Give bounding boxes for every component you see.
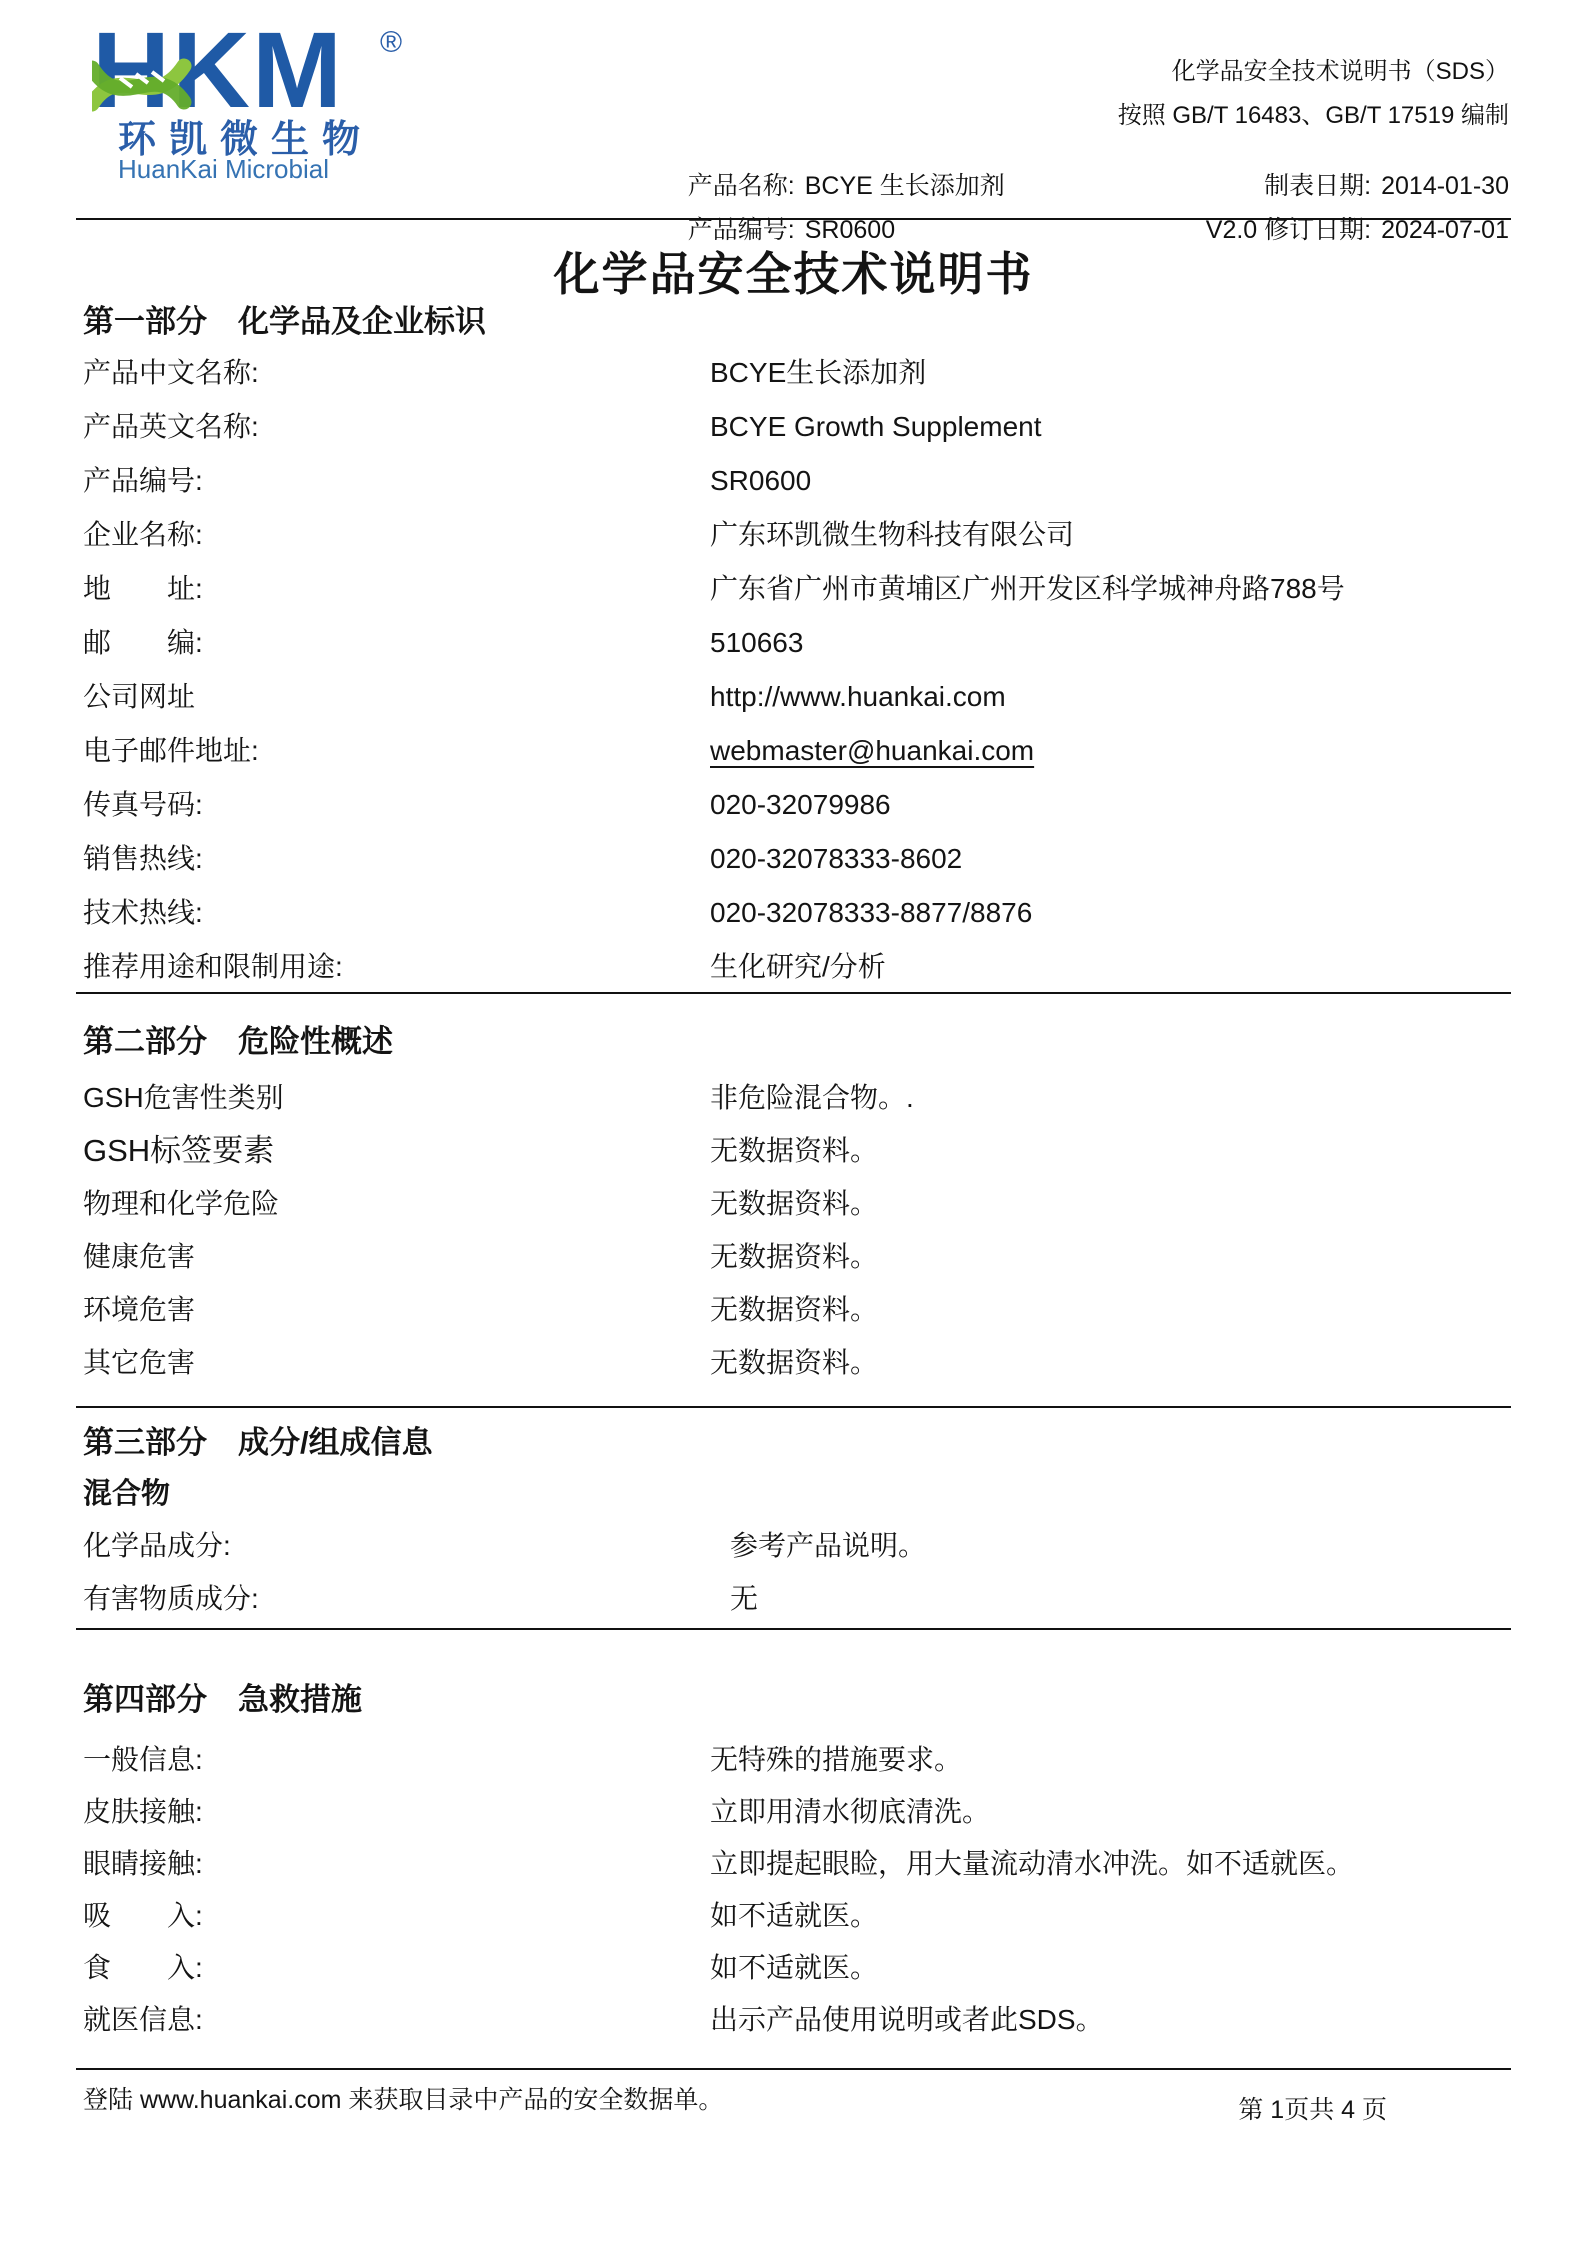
field-row: 一般信息:无特殊的措施要求。 — [83, 1734, 1509, 1786]
field-label: 皮肤接触: — [83, 1786, 203, 1838]
field-label: 健康危害 — [83, 1230, 195, 1283]
field-label: 销售热线: — [83, 832, 203, 886]
document-title: 化学品安全技术说明书 — [0, 238, 1587, 304]
field-row: 地 址:广东省广州市黄埔区广州开发区科学城神舟路788号 — [83, 562, 1509, 616]
field-value: 无特殊的措施要求。 — [710, 1734, 962, 1786]
field-row: 物理和化学危险无数据资料。 — [83, 1177, 1509, 1230]
field-row: 有害物质成分:无 — [83, 1572, 1509, 1625]
field-label: GSH危害性类别 — [83, 1071, 284, 1124]
section-chemical-company-identification: 第一部分 化学品及企业标识 产品中文名称:BCYE生长添加剂产品英文名称:BCY… — [83, 302, 1509, 994]
section-heading: 第一部分 化学品及企业标识 — [83, 302, 1509, 342]
section-first-aid-measures: 第四部分 急救措施 一般信息:无特殊的措施要求。皮肤接触:立即用清水彻底清洗。眼… — [83, 1680, 1509, 2046]
field-row: 传真号码:020-32079986 — [83, 778, 1509, 832]
field-label: 产品英文名称: — [83, 400, 259, 454]
field-value: 出示产品使用说明或者此SDS。 — [710, 1994, 1104, 2046]
field-label: 就医信息: — [83, 1994, 203, 2046]
field-row: 推荐用途和限制用途:生化研究/分析 — [83, 940, 1509, 994]
field-label: 技术热线: — [83, 886, 203, 940]
section-composition-information: 第三部分 成分/组成信息 混合物 化学品成分:参考产品说明。有害物质成分:无 — [83, 1423, 1509, 1625]
doc-type-line: 化学品安全技术说明书（SDS） — [1172, 51, 1509, 86]
section-rows: GSH危害性类别非危险混合物。.GSH标签要素无数据资料。物理和化学危险无数据资… — [83, 1071, 1509, 1389]
field-row: 技术热线:020-32078333-8877/8876 — [83, 886, 1509, 940]
field-value: 无 — [730, 1572, 758, 1625]
field-label: 邮 编: — [83, 616, 203, 670]
field-label: 其它危害 — [83, 1336, 195, 1389]
section-rows: 产品中文名称:BCYE生长添加剂产品英文名称:BCYE Growth Suppl… — [83, 346, 1509, 994]
field-label: 化学品成分: — [83, 1519, 231, 1572]
field-label: 有害物质成分: — [83, 1572, 259, 1625]
field-value: BCYE生长添加剂 — [710, 346, 926, 400]
field-row: 企业名称:广东环凯微生物科技有限公司 — [83, 508, 1509, 562]
field-label: 吸 入: — [83, 1890, 203, 1942]
company-logo: HKM ® 环凯微生物 HuanKai Microbial — [92, 22, 422, 182]
field-label: 产品编号: — [83, 454, 203, 508]
field-value: http://www.huankai.com — [710, 670, 1006, 724]
field-label: 推荐用途和限制用途: — [83, 940, 343, 994]
field-row: 公司网址http://www.huankai.com — [83, 670, 1509, 724]
section-divider — [76, 992, 1511, 994]
section-heading: 第二部分 危险性概述 — [83, 1022, 1509, 1062]
field-label: 电子邮件地址: — [83, 724, 259, 778]
field-label: 产品中文名称: — [83, 346, 259, 400]
section-rows: 化学品成分:参考产品说明。有害物质成分:无 — [83, 1519, 1509, 1625]
field-value: 如不适就医。 — [710, 1890, 878, 1942]
hkm-logo-icon: HKM ® — [92, 22, 422, 122]
section-heading: 第四部分 急救措施 — [83, 1680, 1509, 1720]
field-row: 环境危害无数据资料。 — [83, 1283, 1509, 1336]
page-number: 第 1页共 4 页 — [1238, 2090, 1387, 2126]
field-value: 020-32078333-8877/8876 — [710, 886, 1032, 940]
field-label: 物理和化学危险 — [83, 1177, 279, 1230]
field-value: 无数据资料。 — [710, 1124, 878, 1177]
field-row: 销售热线:020-32078333-8602 — [83, 832, 1509, 886]
field-row: 吸 入:如不适就医。 — [83, 1890, 1509, 1942]
field-row: 眼睛接触:立即提起眼睑，用大量流动清水冲洗。如不适就医。 — [83, 1838, 1509, 1890]
field-value: 020-32078333-8602 — [710, 832, 962, 886]
field-row: 其它危害无数据资料。 — [83, 1336, 1509, 1389]
field-value: 510663 — [710, 616, 803, 670]
field-label: 地 址: — [83, 562, 203, 616]
field-value: 无数据资料。 — [710, 1177, 878, 1230]
section-divider — [76, 1628, 1511, 1630]
field-value: SR0600 — [710, 454, 811, 508]
field-label: 一般信息: — [83, 1734, 203, 1786]
footer-note: 登陆 www.huankai.com 来获取目录中产品的安全数据单。 — [83, 2080, 723, 2116]
registered-mark: ® — [380, 26, 402, 59]
footer-divider — [76, 2068, 1511, 2070]
field-row: GSH危害性类别非危险混合物。. — [83, 1071, 1509, 1124]
field-row: 皮肤接触:立即用清水彻底清洗。 — [83, 1786, 1509, 1838]
field-row: 产品中文名称:BCYE生长添加剂 — [83, 346, 1509, 400]
field-value: 如不适就医。 — [710, 1942, 878, 1994]
field-row: 化学品成分:参考产品说明。 — [83, 1519, 1509, 1572]
field-row: 食 入:如不适就医。 — [83, 1942, 1509, 1994]
section-heading: 第三部分 成分/组成信息 — [83, 1423, 1509, 1463]
field-value: 无数据资料。 — [710, 1336, 878, 1389]
field-row: 产品英文名称:BCYE Growth Supplement — [83, 400, 1509, 454]
field-value: 广东环凯微生物科技有限公司 — [710, 508, 1074, 562]
field-value: 无数据资料。 — [710, 1230, 878, 1283]
section-divider — [76, 1406, 1511, 1408]
header-divider — [76, 218, 1511, 220]
field-value: 生化研究/分析 — [710, 940, 886, 994]
field-row: 产品编号:SR0600 — [83, 454, 1509, 508]
field-value: 广东省广州市黄埔区广州开发区科学城神舟路788号 — [710, 562, 1345, 616]
field-value: BCYE Growth Supplement — [710, 400, 1042, 454]
section-rows: 一般信息:无特殊的措施要求。皮肤接触:立即用清水彻底清洗。眼睛接触:立即提起眼睑… — [83, 1734, 1509, 2046]
field-value: 参考产品说明。 — [730, 1519, 926, 1572]
field-row: 邮 编:510663 — [83, 616, 1509, 670]
field-label: 企业名称: — [83, 508, 203, 562]
field-row: 就医信息:出示产品使用说明或者此SDS。 — [83, 1994, 1509, 2046]
field-value: 立即提起眼睑，用大量流动清水冲洗。如不适就医。 — [710, 1838, 1354, 1890]
field-row: 电子邮件地址:webmaster@huankai.com — [83, 724, 1509, 778]
logo-english-name: HuanKai Microbial — [118, 154, 329, 185]
field-label: GSH标签要素 — [83, 1124, 274, 1177]
field-label: 食 入: — [83, 1942, 203, 1994]
section-hazard-overview: 第二部分 危险性概述 GSH危害性类别非危险混合物。.GSH标签要素无数据资料。… — [83, 1022, 1509, 1389]
field-label: 传真号码: — [83, 778, 203, 832]
email-link[interactable]: webmaster@huankai.com — [710, 724, 1034, 778]
field-value: 立即用清水彻底清洗。 — [710, 1786, 990, 1838]
field-value: 非危险混合物。. — [710, 1071, 914, 1124]
svg-text:HKM: HKM — [92, 22, 344, 122]
field-row: GSH标签要素无数据资料。 — [83, 1124, 1509, 1177]
field-value: 无数据资料。 — [710, 1283, 878, 1336]
field-value: 020-32079986 — [710, 778, 891, 832]
sds-page: HKM ® 环凯微生物 HuanKai Microbial 化学品安全技术说明书… — [0, 0, 1587, 2245]
field-label: 公司网址 — [83, 670, 195, 724]
mixture-subheading: 混合物 — [83, 1469, 1509, 1519]
field-row: 健康危害无数据资料。 — [83, 1230, 1509, 1283]
field-label: 眼睛接触: — [83, 1838, 203, 1890]
field-label: 环境危害 — [83, 1283, 195, 1336]
standard-line: 按照 GB/T 16483、GB/T 17519 编制 — [1118, 95, 1509, 130]
